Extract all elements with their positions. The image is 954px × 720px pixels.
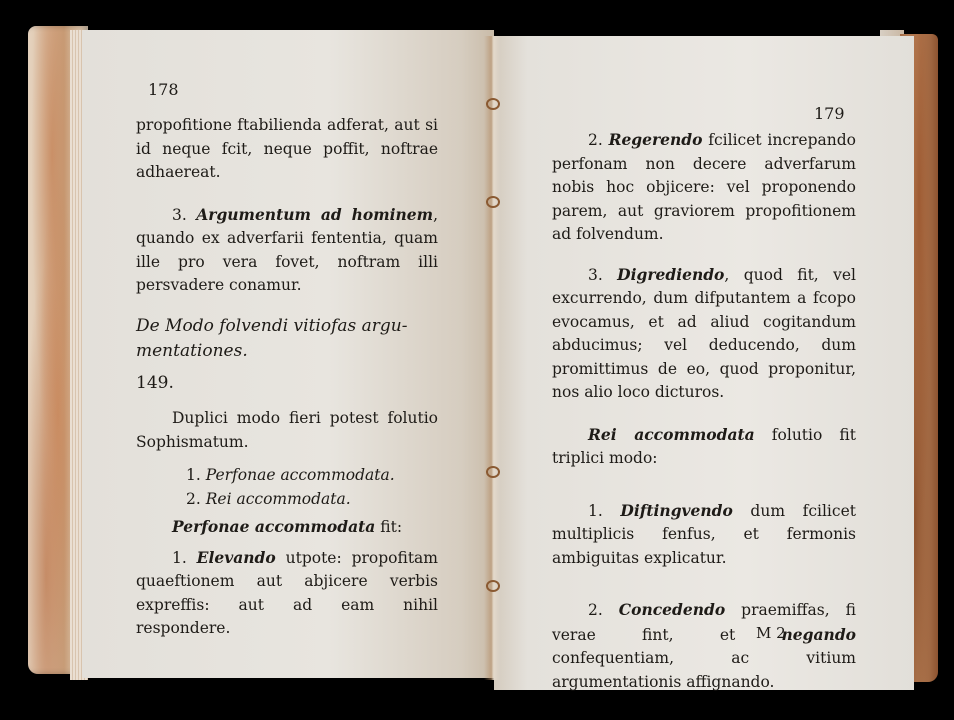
page-number-right: 179 — [814, 104, 845, 123]
section-heading: mentationes. — [136, 339, 438, 364]
section-number: 149. — [136, 372, 438, 396]
paragraph: 1. Diftingvendo dum fcilicet multiplicis… — [552, 499, 856, 571]
binding-stitch-icon — [486, 196, 500, 208]
paragraph: 3. Argumentum ad hominem, quando ex adve… — [136, 203, 438, 298]
binding-stitch-icon — [486, 580, 500, 592]
paragraph: Rei accommodata folutio fit triplici mod… — [552, 423, 856, 471]
paragraph: propofitione ftabilienda adferat, aut si… — [136, 114, 438, 185]
paragraph: 2. Regerendo fcilicet increpando perfona… — [552, 128, 856, 247]
binding-stitch-icon — [486, 98, 500, 110]
list-item: 2. Rei accommodata. — [136, 488, 438, 512]
page-number-left: 178 — [148, 80, 179, 99]
paragraph: 3. Digrediendo, quod fit, vel excurrendo… — [552, 263, 856, 405]
binding-stitch-icon — [486, 466, 500, 478]
paragraph: 2. Concedendo praemiffas, fi verae fint,… — [552, 598, 856, 694]
right-page-text: 2. Regerendo fcilicet increpando perfona… — [552, 128, 856, 694]
left-page-text: propofitione ftabilienda adferat, aut si… — [136, 114, 438, 641]
signature-mark: M 2 — [756, 624, 786, 642]
paragraph: Duplici modo fieri potest folutio Sophis… — [136, 407, 438, 454]
paragraph: 1. Elevando utpote: propofitam quaeftion… — [136, 546, 438, 641]
list-item: 1. Perfonae accommodata. — [136, 464, 438, 488]
section-heading: De Modo folvendi vitiofas argu- — [136, 314, 438, 339]
paragraph: Perfonae accommodata fit: — [136, 515, 438, 540]
